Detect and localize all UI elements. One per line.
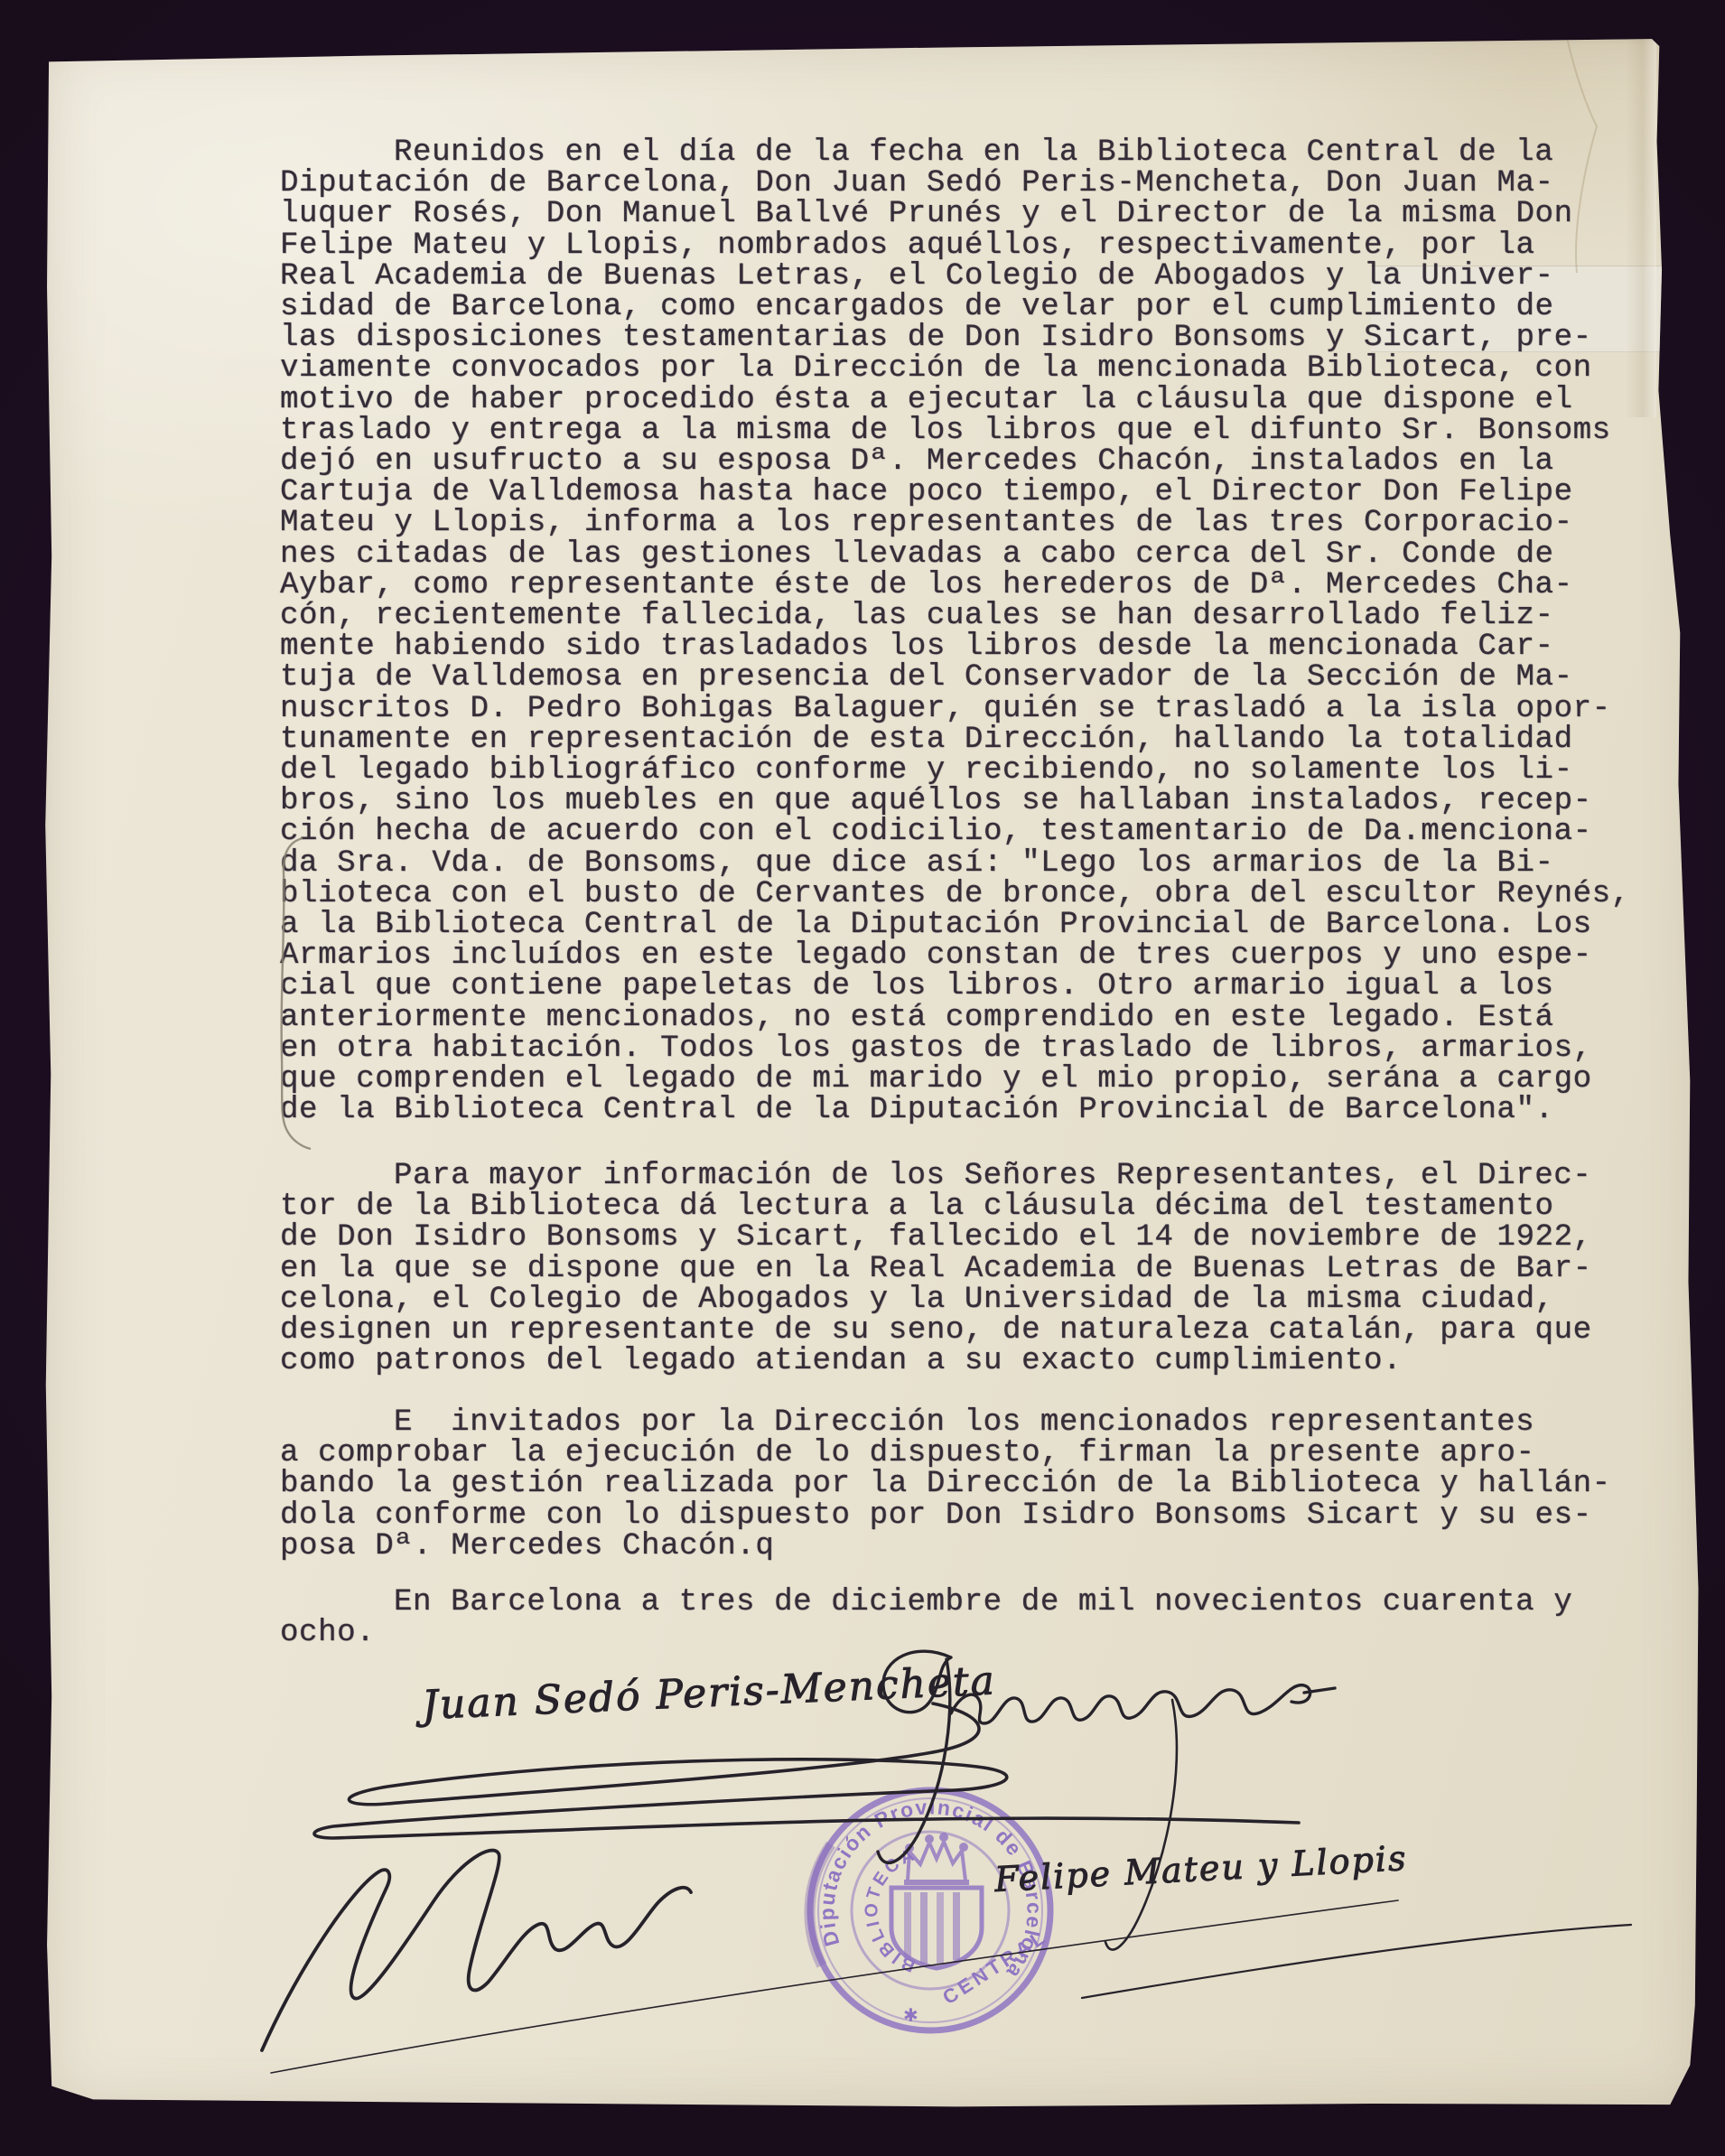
- signature-felipe-mateu: Felipe Mateu y Llopis: [993, 1838, 1408, 1899]
- library-stamp: Diputación Provincial de Barcelona BIBLI…: [809, 1790, 1051, 2030]
- signature-juan-sedo: Juan Sedó Peris-Mencheta: [414, 1657, 997, 1729]
- margin-bracket-mark: [282, 838, 311, 1149]
- signature-felipe-mateu-underline: [1082, 1925, 1631, 1998]
- document-paper: Reunidos en el día de la fecha en la Bib…: [43, 38, 1703, 2111]
- crease-mark: [1567, 38, 1597, 273]
- stamp-asterisk: ✱: [903, 2006, 918, 2026]
- annotations-layer: Diputación Provincial de Barcelona BIBLI…: [43, 38, 1703, 2111]
- stamp-shield: [891, 1888, 982, 1968]
- photo-background: Reunidos en el día de la fecha en la Bib…: [0, 0, 1725, 2156]
